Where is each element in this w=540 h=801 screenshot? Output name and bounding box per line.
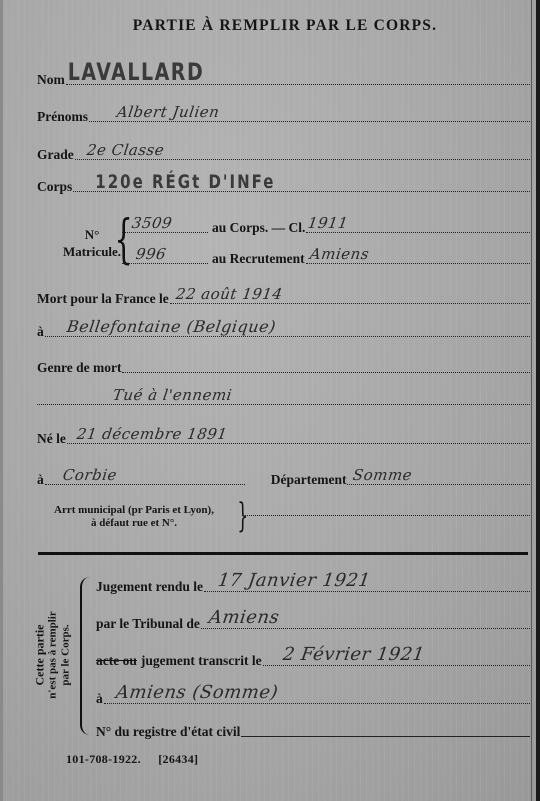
card-right-edge — [536, 0, 540, 801]
card-right-rule — [531, 0, 532, 801]
classe-line: 1911 — [306, 214, 530, 236]
nom-value: LAVALLARD — [68, 59, 204, 87]
recrutement-place-value: Amiens — [308, 245, 370, 263]
field-lieu-naissance: à Corbie Département Somme — [37, 466, 530, 488]
prenoms-line: Albert Julien — [89, 103, 530, 125]
lieu-deces-line: Bellefontaine (Belgique) — [45, 318, 530, 340]
field-arrondissement — [242, 497, 530, 519]
mort-line: 22 août 1914 — [170, 285, 530, 307]
field-mort-pour-la-france: Mort pour la France le 22 août 1914 — [37, 285, 530, 307]
section-separator — [38, 552, 528, 555]
transcrit-line: 2 Février 1921 — [263, 647, 530, 669]
lieu-naissance-line: Corbie — [45, 466, 245, 488]
arrondissement-line — [242, 497, 530, 519]
field-matricule-recrutement: 996 au Recrutement Amiens — [122, 245, 530, 267]
recrutement-label: au Recrutement — [212, 252, 305, 268]
lieu-deces-label: à — [37, 325, 44, 341]
ne-le-line: 21 décembre 1891 — [67, 425, 530, 447]
field-nom: Nom LAVALLARD — [37, 66, 530, 88]
classe-value: 1911 — [307, 214, 350, 232]
field-lieu-transcription: à Amiens (Somme) — [96, 685, 530, 707]
mort-label: Mort pour la France le — [37, 292, 169, 308]
print-ref: 101-708-1922. — [66, 752, 141, 766]
field-lieu-deces: à Bellefontaine (Belgique) — [37, 318, 530, 340]
matricule-corps-label: au Corps. — Cl. — [212, 221, 305, 237]
grade-line: 2e Classe — [75, 141, 530, 163]
field-ne-le: Né le 21 décembre 1891 — [37, 425, 530, 447]
lieu-transcription-label: à — [96, 692, 103, 708]
matricule-recrutement-line: 996 — [122, 245, 208, 267]
corps-value: 120e RÉGt D'INFe — [95, 171, 275, 194]
recrutement-place-line: Amiens — [306, 245, 530, 267]
corps-line: 120e RÉGt D'INFe — [73, 173, 530, 195]
transcrit-struck-label: acte ou — [96, 654, 137, 670]
jugement-rendu-value: 17 Janvier 1921 — [217, 570, 372, 591]
genre-de-mort-line — [122, 354, 530, 376]
nom-line: LAVALLARD — [66, 66, 530, 88]
matricule-label: N° Matricule. — [62, 226, 122, 260]
ne-le-label: Né le — [37, 432, 66, 448]
field-grade: Grade 2e Classe — [37, 141, 530, 163]
registre-label: N° du registre d'état civil — [96, 725, 240, 741]
nom-label: Nom — [37, 73, 65, 89]
tribunal-value: Amiens — [207, 607, 280, 628]
arrondissement-label: Arrt municipal (pr Paris et Lyon), à déf… — [36, 504, 232, 530]
print-reference: 101-708-1922. [26434] — [66, 752, 198, 767]
ne-le-value: 21 décembre 1891 — [76, 425, 229, 443]
field-genre-de-mort-value: Tué à l'ennemi — [37, 386, 530, 408]
field-registre: N° du registre d'état civil — [96, 718, 530, 740]
matricule-corps-value: 3509 — [131, 214, 174, 232]
field-jugement-rendu: Jugement rendu le 17 Janvier 1921 — [96, 573, 530, 595]
grade-value: 2e Classe — [85, 141, 165, 159]
field-tribunal: par le Tribunal de Amiens — [96, 610, 530, 632]
field-corps: Corps 120e RÉGt D'INFe — [37, 173, 530, 195]
prenoms-value: Albert Julien — [116, 103, 221, 121]
jugement-rendu-line: 17 Janvier 1921 — [204, 573, 530, 595]
field-prenoms: Prénoms Albert Julien — [37, 103, 530, 125]
matricule-recrutement-value: 996 — [135, 245, 168, 263]
card-left-edge — [0, 0, 3, 801]
field-genre-de-mort: Genre de mort — [37, 354, 530, 376]
grade-label: Grade — [37, 148, 74, 164]
transcrit-label: jugement transcrit le — [141, 654, 262, 670]
field-matricule-corps: 3509 au Corps. — Cl. 1911 — [122, 214, 530, 236]
genre-de-mort-value-line: Tué à l'ennemi — [37, 386, 530, 408]
prenoms-label: Prénoms — [37, 110, 88, 126]
tribunal-label: par le Tribunal de — [96, 617, 200, 633]
departement-line: Somme — [347, 466, 530, 488]
lieu-transcription-value: Amiens (Somme) — [114, 682, 279, 703]
genre-de-mort-label: Genre de mort — [37, 361, 121, 377]
side-note-brace — [80, 577, 92, 735]
corps-label: Corps — [37, 180, 72, 196]
page-title: PARTIE À REMPLIR PAR LE CORPS. — [0, 17, 540, 35]
side-note: Cette partie n'est pas à remplir par le … — [22, 580, 84, 730]
transcrit-value: 2 Février 1921 — [281, 644, 426, 665]
matricule-corps-line: 3509 — [122, 214, 208, 236]
departement-value: Somme — [352, 466, 414, 484]
registre-line — [241, 718, 530, 740]
lieu-transcription-line: Amiens (Somme) — [104, 685, 530, 707]
departement-label: Département — [271, 473, 347, 489]
print-number: [26434] — [158, 752, 198, 766]
genre-de-mort-value: Tué à l'ennemi — [112, 386, 234, 404]
tribunal-line: Amiens — [201, 610, 530, 632]
field-transcrit: acte ou jugement transcrit le 2 Février … — [96, 647, 530, 669]
lieu-naissance-label: à — [37, 473, 44, 489]
jugement-rendu-label: Jugement rendu le — [96, 580, 203, 596]
mort-date-value: 22 août 1914 — [174, 285, 283, 303]
lieu-deces-value: Bellefontaine (Belgique) — [65, 317, 277, 336]
lieu-naissance-value: Corbie — [61, 466, 117, 484]
